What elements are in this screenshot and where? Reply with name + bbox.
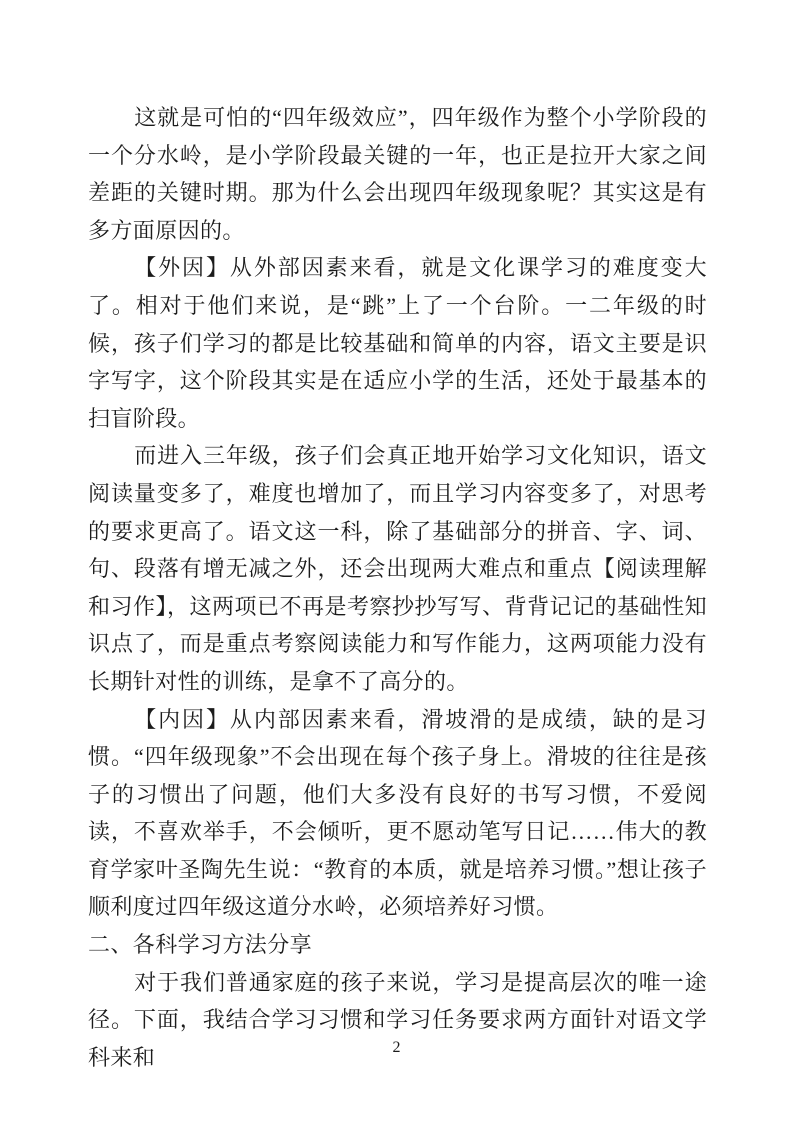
section-heading: 二、各科学习方法分享 [88,926,707,964]
paragraph: 【内因】从内部因素来看，滑坡滑的是成绩，缺的是习惯。“四年级现象”不会出现在每个… [88,701,707,927]
page-text-content: 这就是可怕的“四年级效应”，四年级作为整个小学阶段的一个分水岭，是小学阶段最关键… [88,99,707,1076]
paragraph: 【外因】从外部因素来看，就是文化课学习的难度变大了。相对于他们来说，是“跳”上了… [88,249,707,437]
paragraph: 这就是可怕的“四年级效应”，四年级作为整个小学阶段的一个分水岭，是小学阶段最关键… [88,99,707,249]
page-number: 2 [0,1038,793,1058]
paragraph: 对于我们普通家庭的孩子来说，学习是提高层次的唯一途径。下面，我结合学习习惯和学习… [88,964,707,1077]
paragraph: 而进入三年级，孩子们会真正地开始学习文化知识，语文阅读量变多了，难度也增加了，而… [88,437,707,700]
document-page: 这就是可怕的“四年级效应”，四年级作为整个小学阶段的一个分水岭，是小学阶段最关键… [0,0,793,1122]
